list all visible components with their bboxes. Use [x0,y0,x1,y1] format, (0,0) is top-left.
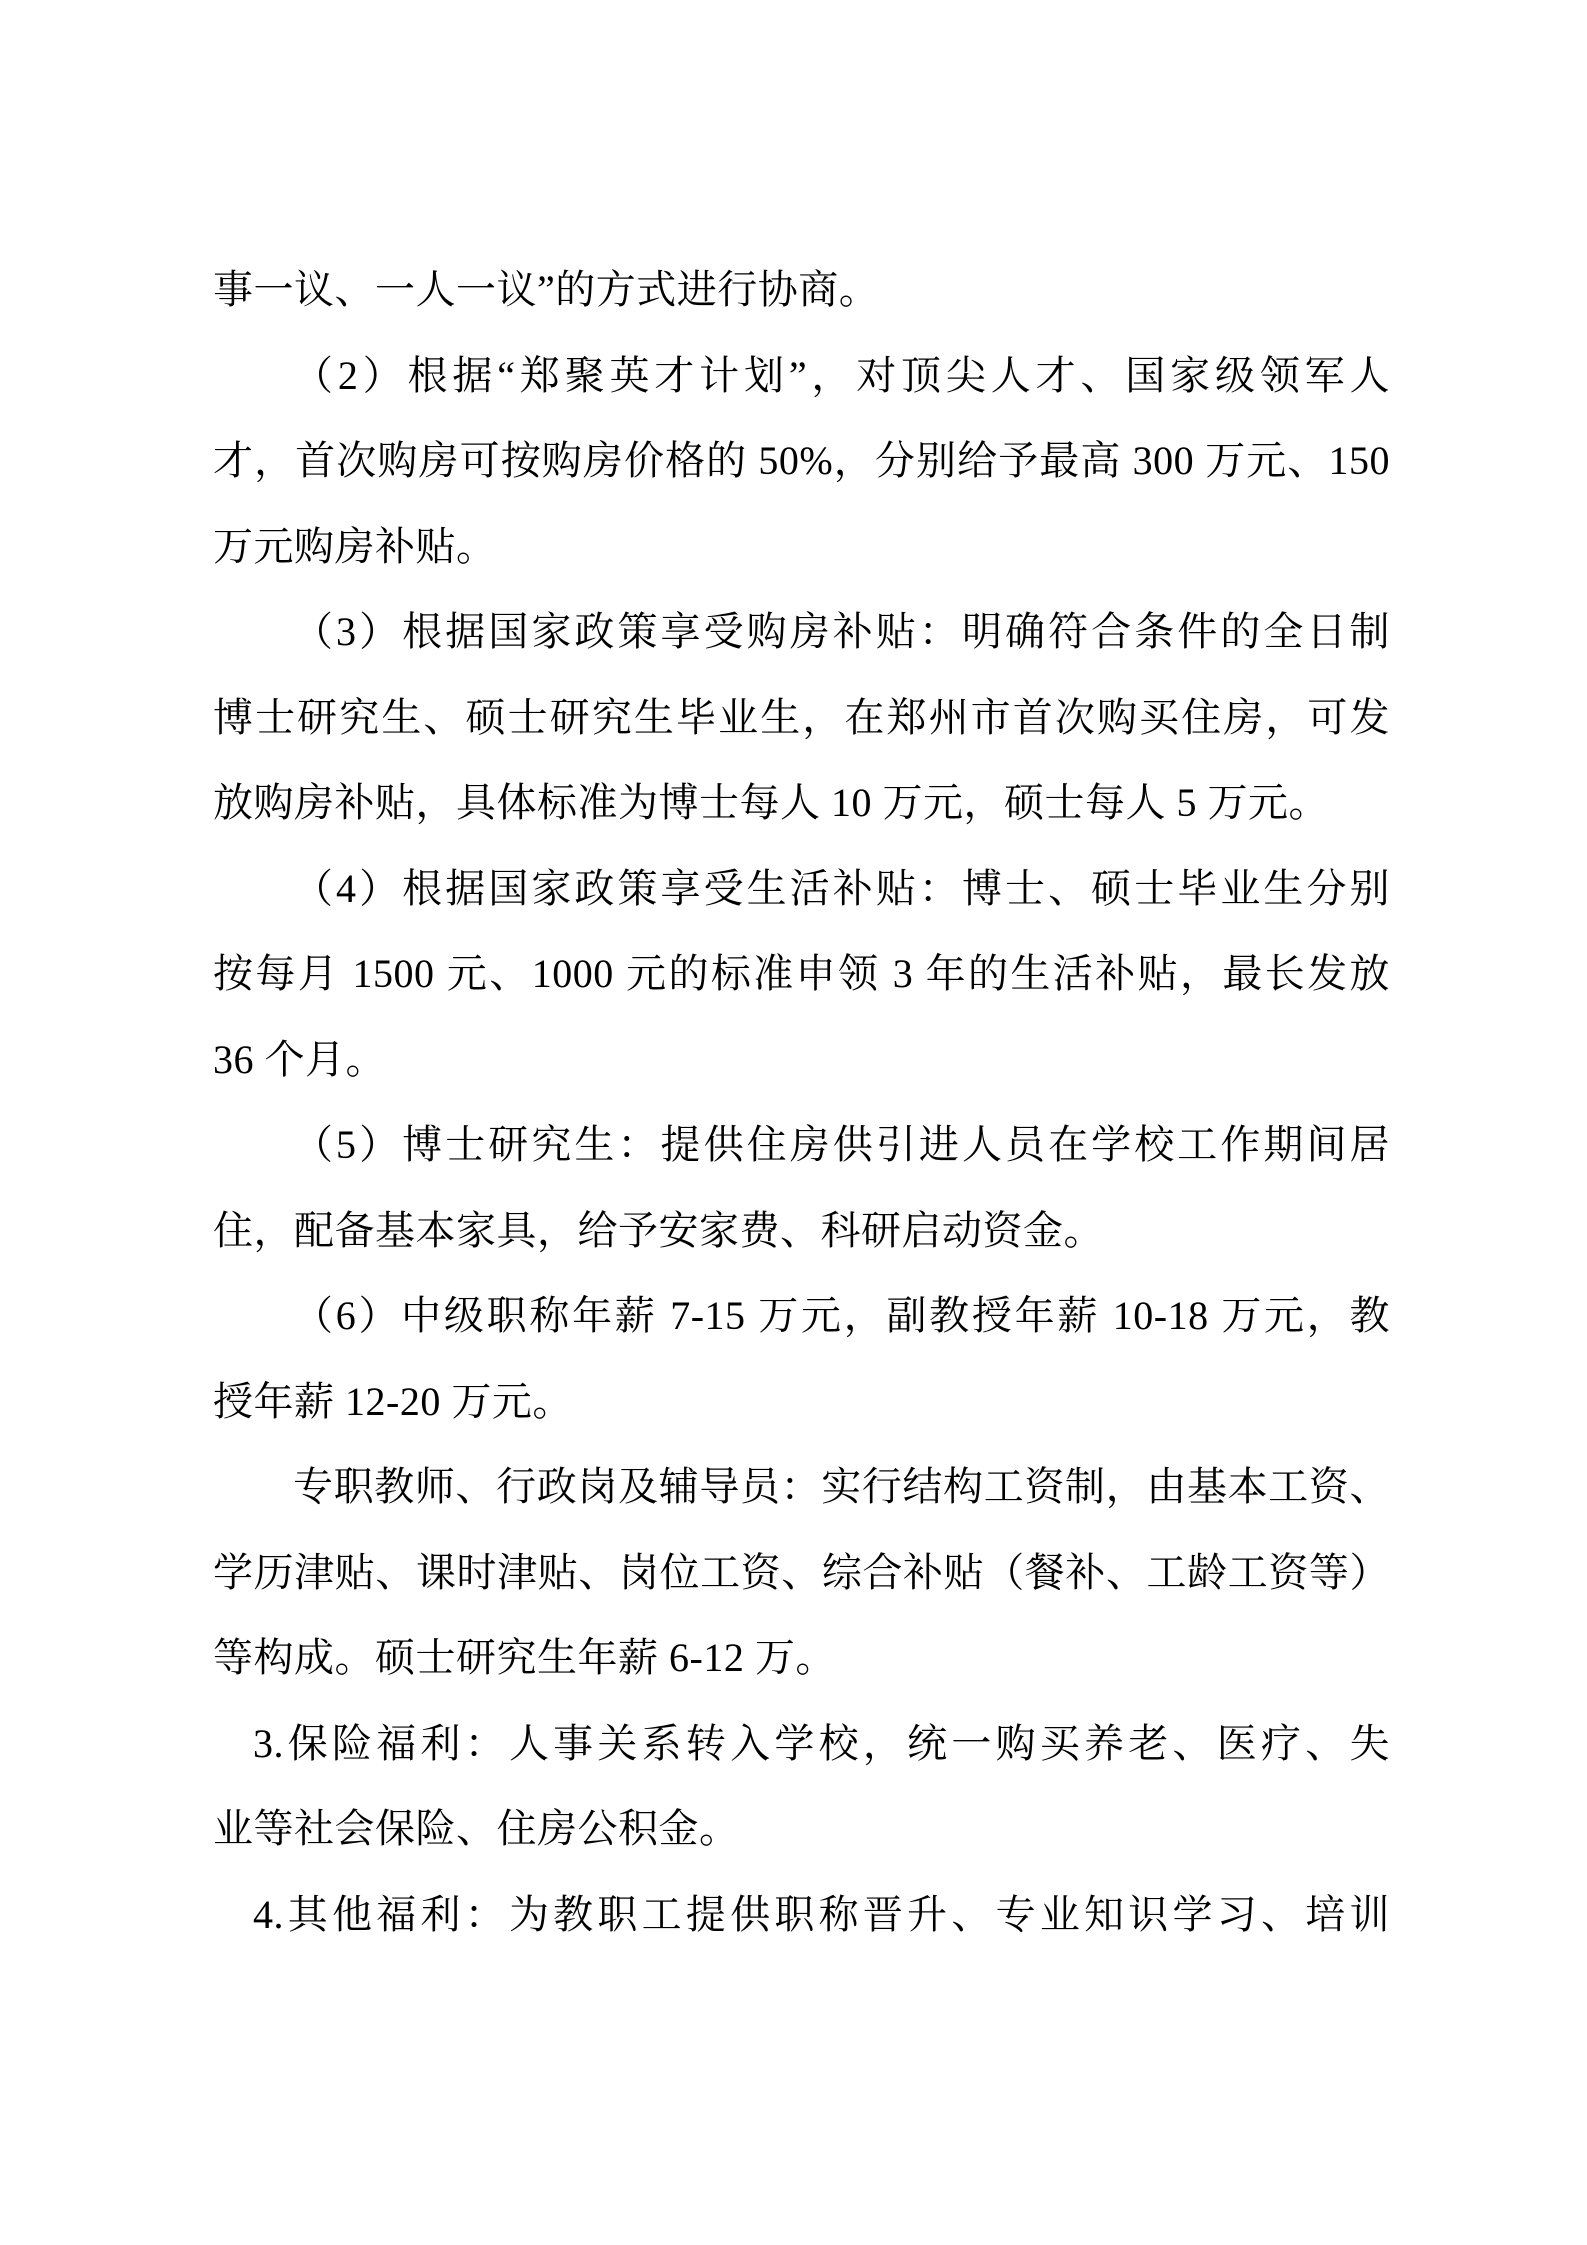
text-line: 住，配备基本家具，给予安家费、科研启动资金。 [213,1188,1390,1274]
text-line: 博士研究生、硕士研究生毕业生，在郑州市首次购买住房，可发 [213,675,1390,761]
text-line: 学历津贴、课时津贴、岗位工资、综合补贴（餐补、工龄工资等） [213,1530,1390,1616]
text-line: （3）根据国家政策享受购房补贴：明确符合条件的全日制 [213,589,1390,675]
text-line: 4.其他福利：为教职工提供职称晋升、专业知识学习、培训 [213,1872,1390,1958]
text-line: 等构成。硕士研究生年薪 6-12 万。 [213,1615,1390,1701]
text-line: 万元购房补贴。 [213,504,1390,590]
text-line: 授年薪 12-20 万元。 [213,1359,1390,1445]
text-line: 才，首次购房可按购房价格的 50%，分别给予最高 300 万元、150 [213,418,1390,504]
document-text-block: 事一议、一人一议”的方式进行协商。（2）根据“郑聚英才计划”，对顶尖人才、国家级… [213,247,1390,1957]
text-line: 按每月 1500 元、1000 元的标准申领 3 年的生活补贴，最长发放 [213,931,1390,1017]
text-line: 专职教师、行政岗及辅导员：实行结构工资制，由基本工资、 [213,1444,1390,1530]
document-page: 事一议、一人一议”的方式进行协商。（2）根据“郑聚英才计划”，对顶尖人才、国家级… [0,0,1587,2245]
text-line: （2）根据“郑聚英才计划”，对顶尖人才、国家级领军人 [213,333,1390,419]
text-line: （6）中级职称年薪 7-15 万元，副教授年薪 10-18 万元，教 [213,1273,1390,1359]
text-line: 事一议、一人一议”的方式进行协商。 [213,247,1390,333]
text-line: 36 个月。 [213,1017,1390,1103]
text-line: 放购房补贴，具体标准为博士每人 10 万元，硕士每人 5 万元。 [213,760,1390,846]
text-line: （5）博士研究生：提供住房供引进人员在学校工作期间居 [213,1102,1390,1188]
text-line: 3.保险福利：人事关系转入学校，统一购买养老、医疗、失 [213,1701,1390,1787]
text-line: （4）根据国家政策享受生活补贴：博士、硕士毕业生分别 [213,846,1390,932]
text-line: 业等社会保险、住房公积金。 [213,1786,1390,1872]
